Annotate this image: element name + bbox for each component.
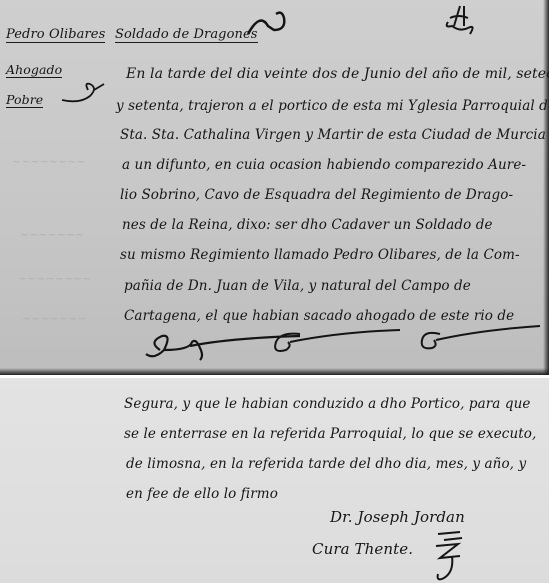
bleed-through-text: ~~~~~~~ bbox=[20, 228, 85, 241]
rubric-flourish-icon bbox=[440, 4, 482, 38]
margin-note-pobre: Pobre bbox=[6, 92, 43, 108]
bleed-through-text: ~~~~~~~~ bbox=[18, 272, 92, 285]
body-line: Segura, y que le habian conduzido a dho … bbox=[124, 396, 530, 412]
manuscript-page-top: ~~~~~~~~ ~~~~~~~ ~~~~~~~~ ~~~~~~~ Pedro … bbox=[0, 0, 549, 375]
bleed-through-text: ~~~~~~~ bbox=[22, 312, 87, 325]
deceased-name-heading: Pedro Olibares bbox=[6, 27, 105, 43]
closing-flourish-icon bbox=[140, 320, 549, 370]
body-line: lio Sobrino, Cavo de Esquadra del Regimi… bbox=[120, 187, 513, 203]
signature-role: Cura Thente. bbox=[312, 540, 413, 558]
signature-name: Dr. Joseph Jordan bbox=[330, 508, 465, 526]
margin-flourish-icon bbox=[60, 78, 106, 108]
manuscript-page-bottom: Segura, y que le habian conduzido a dho … bbox=[0, 378, 549, 583]
deceased-title-heading: Soldado de Dragones bbox=[115, 27, 258, 43]
body-line: En la tarde del dia veinte dos de Junio … bbox=[126, 66, 549, 82]
body-line: en fee de ello lo firmo bbox=[126, 486, 278, 502]
header-flourish-icon bbox=[246, 8, 288, 38]
body-line: a un difunto, en cuia ocasion habiendo c… bbox=[122, 157, 526, 173]
bleed-through-text: ~~~~~~~~ bbox=[12, 155, 86, 168]
signature-rubric-icon bbox=[430, 528, 470, 583]
body-line: nes de la Reina, dixo: ser dho Cadaver u… bbox=[122, 217, 493, 233]
body-line: pañia de Dn. Juan de Vila, y natural del… bbox=[124, 278, 471, 294]
body-line: Sta. Sta. Cathalina Virgen y Martir de e… bbox=[120, 127, 546, 143]
margin-note-ahogado: Ahogado bbox=[6, 62, 62, 78]
body-line: su mismo Regimiento llamado Pedro Olibar… bbox=[120, 247, 520, 263]
body-line: de limosna, en la referida tarde del dho… bbox=[126, 456, 526, 472]
body-line: se le enterrase en la referida Parroquia… bbox=[124, 426, 536, 442]
body-line: y setenta, trajeron a el portico de esta… bbox=[116, 98, 549, 114]
